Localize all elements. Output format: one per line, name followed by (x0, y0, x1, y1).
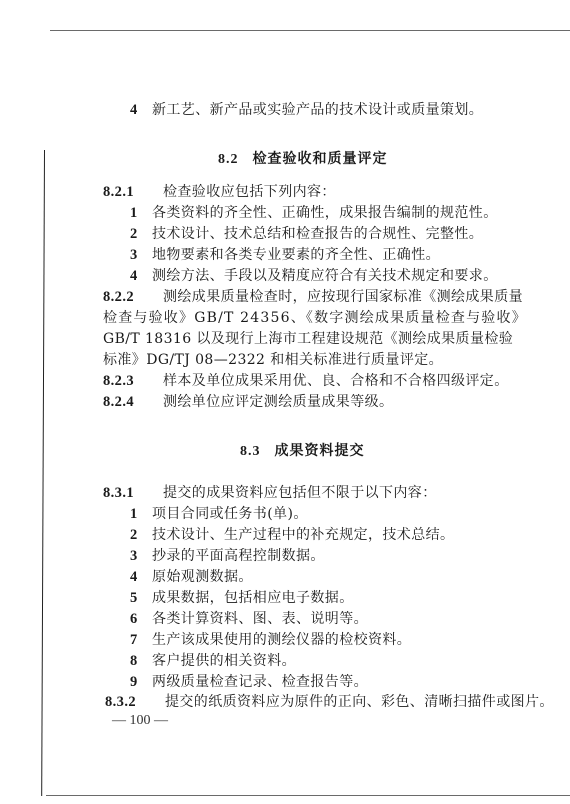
item-number: 2 (130, 224, 152, 244)
clause-number: 8.3.1 (103, 483, 163, 503)
clause-number: 8.2.4 (103, 392, 163, 412)
left-border-line (41, 150, 45, 796)
item-text: 新工艺、新产品或实验产品的技术设计或质量策划。 (152, 102, 483, 118)
clause-8-2-1: 8.2.1检查验收应包括下列内容： (103, 182, 336, 202)
clause-text-line: 测绘成果质量检查时，应按现行国家标准《测绘成果质量 (163, 289, 523, 305)
list-item: 1各类资料的齐全性、正确性，成果报告编制的规范性。 (130, 203, 498, 223)
clause-8-2-3: 8.2.3样本及单位成果采用优、良、合格和不合格四级评定。 (103, 371, 509, 391)
item-number: 1 (130, 203, 152, 223)
item-number: 9 (130, 672, 152, 692)
item-text: 原始观测数据。 (152, 569, 253, 585)
clause-text-line: 检查与验收》GB/T 24356、《数字测绘成果质量检查与验收》 (103, 308, 527, 328)
item-text: 测绘方法、手段以及精度应符合有关技术规定和要求。 (152, 268, 498, 284)
list-item: 3抄录的平面高程控制数据。 (130, 546, 325, 566)
section-heading-8-3: 8.3成果资料提交 (240, 440, 365, 460)
list-item: 5成果数据，包括相应电子数据。 (130, 588, 354, 608)
clause-number: 8.2.3 (103, 371, 163, 391)
item-text: 各类计算资料、图、表、说明等。 (152, 611, 368, 627)
item-text: 技术设计、生产过程中的补充规定，技术总结。 (152, 527, 454, 543)
list-item: 3地物要素和各类专业要素的齐全性、正确性。 (130, 245, 440, 265)
item-text: 各类资料的齐全性、正确性，成果报告编制的规范性。 (152, 205, 498, 221)
item-text: 地物要素和各类专业要素的齐全性、正确性。 (152, 247, 440, 263)
top-border-line (50, 30, 570, 31)
list-item: 8客户提供的相关资料。 (130, 651, 296, 671)
list-item: 7生产该成果使用的测绘仪器的检校资料。 (130, 630, 411, 650)
item-text: 两级质量检查记录、检查报告等。 (152, 674, 368, 690)
section-number: 8.2 (218, 152, 239, 167)
clause-text-line: GB/T 18316 以及现行上海市工程建设规范《测绘成果质量检验 (103, 329, 513, 349)
item-number: 2 (130, 525, 152, 545)
item-text: 技术设计、技术总结和检查报告的合规性、完整性。 (152, 226, 483, 242)
item-text: 成果数据，包括相应电子数据。 (152, 590, 354, 606)
item-number: 8 (130, 651, 152, 671)
clause-number: 8.3.2 (105, 692, 165, 712)
bottom-border-line (46, 795, 570, 796)
item-text: 生产该成果使用的测绘仪器的检校资料。 (152, 632, 411, 648)
item-number: 4 (130, 100, 152, 120)
item-text: 客户提供的相关资料。 (152, 653, 296, 669)
clause-8-3-1: 8.3.1提交的成果资料应包括但不限于以下内容： (103, 483, 437, 503)
clause-text: 提交的成果资料应包括但不限于以下内容： (163, 485, 437, 501)
list-item: 4测绘方法、手段以及精度应符合有关技术规定和要求。 (130, 266, 498, 286)
clause-text: 测绘单位应评定测绘质量成果等级。 (163, 394, 393, 410)
item-number: 6 (130, 609, 152, 629)
list-item: 2技术设计、生产过程中的补充规定，技术总结。 (130, 525, 454, 545)
clause-8-3-2: 8.3.2提交的纸质资料应为原件的正向、彩色、清晰扫描件或图片。 (105, 692, 554, 712)
clause-number: 8.2.2 (103, 287, 163, 307)
clause-text: 提交的纸质资料应为原件的正向、彩色、清晰扫描件或图片。 (165, 694, 554, 710)
clause-text: 检查验收应包括下列内容： (163, 184, 336, 200)
item-number: 5 (130, 588, 152, 608)
section-number: 8.3 (240, 444, 261, 459)
item-number: 3 (130, 245, 152, 265)
item-number: 1 (130, 504, 152, 524)
item-number: 3 (130, 546, 152, 566)
prev-list-item: 4新工艺、新产品或实验产品的技术设计或质量策划。 (130, 100, 483, 120)
item-text: 抄录的平面高程控制数据。 (152, 548, 325, 564)
list-item: 1项目合同或任务书(单)。 (130, 504, 308, 524)
list-item: 4原始观测数据。 (130, 567, 253, 587)
item-number: 7 (130, 630, 152, 650)
list-item: 9两级质量检查记录、检查报告等。 (130, 672, 368, 692)
clause-text: 样本及单位成果采用优、良、合格和不合格四级评定。 (163, 373, 509, 389)
section-title: 成果资料提交 (275, 443, 365, 459)
page-number: — 100 — (112, 713, 168, 729)
item-number: 4 (130, 567, 152, 587)
item-number: 4 (130, 266, 152, 286)
section-title: 检查验收和质量评定 (253, 151, 388, 167)
list-item: 6各类计算资料、图、表、说明等。 (130, 609, 368, 629)
clause-number: 8.2.1 (103, 182, 163, 202)
list-item: 2技术设计、技术总结和检查报告的合规性、完整性。 (130, 224, 483, 244)
clause-text-line: 标准》DG/TJ 08—2322 和相关标准进行质量评定。 (103, 350, 443, 370)
item-text: 项目合同或任务书(单)。 (152, 506, 308, 522)
section-heading-8-2: 8.2检查验收和质量评定 (218, 148, 388, 168)
clause-8-2-4: 8.2.4测绘单位应评定测绘质量成果等级。 (103, 392, 393, 412)
clause-8-2-2: 8.2.2测绘成果质量检查时，应按现行国家标准《测绘成果质量 (103, 287, 523, 307)
